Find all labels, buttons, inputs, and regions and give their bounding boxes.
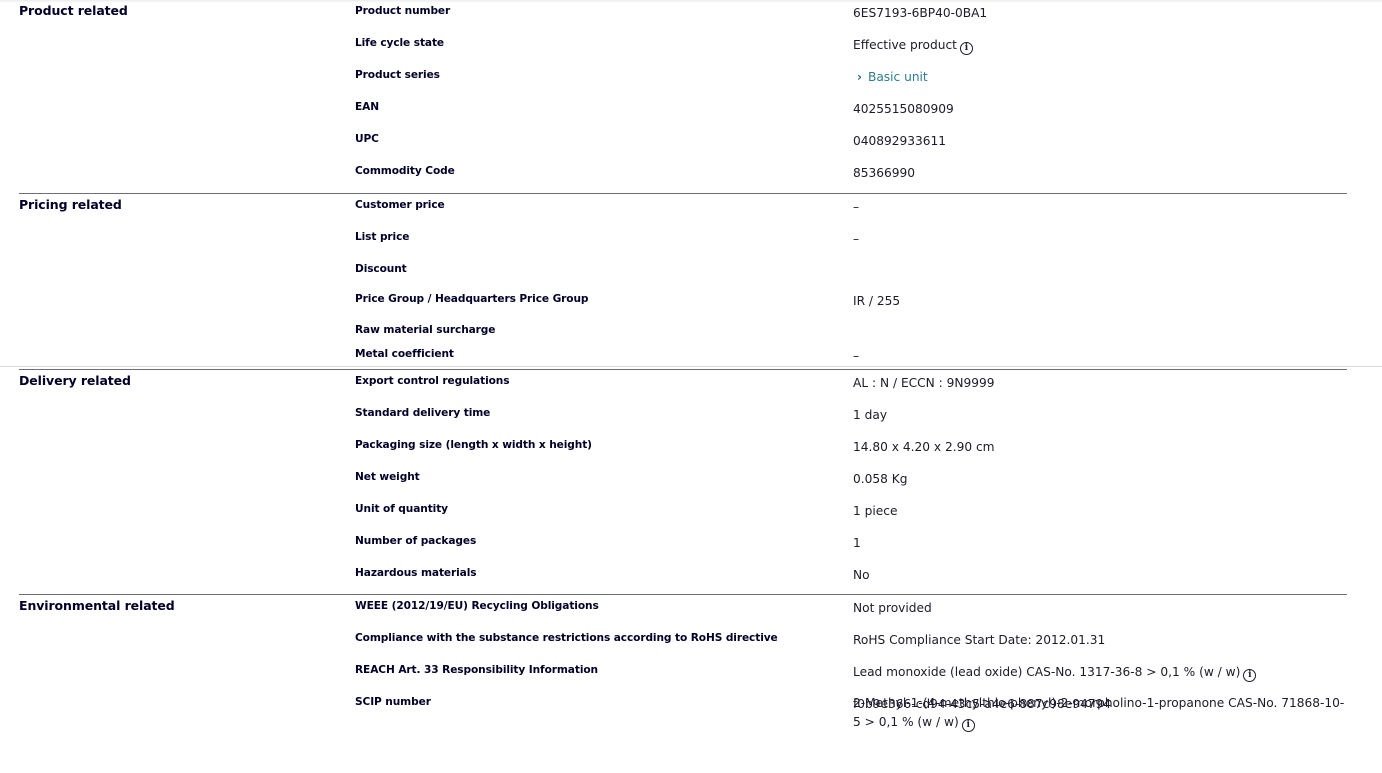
detail-row: Standard delivery time1 day xyxy=(19,402,1347,434)
value-line: Effective producti xyxy=(853,36,1347,55)
row-label: Product series xyxy=(355,64,853,81)
detail-row: WEEE (2012/19/EU) Recycling ObligationsN… xyxy=(19,595,1347,627)
row-value: RoHS Compliance Start Date: 2012.01.31 xyxy=(853,627,1347,650)
product-series-link[interactable]: ›Basic unit xyxy=(853,70,928,84)
link-label: Basic unit xyxy=(868,70,928,84)
value-line: AL : N / ECCN : 9N9999 xyxy=(853,374,1347,393)
value-line: 1 piece xyxy=(853,502,1347,521)
detail-row: Product number6ES7193-6BP40-0BA1 xyxy=(19,0,1347,32)
value-text: 1 xyxy=(853,536,861,550)
value-line: Lead monoxide (lead oxide) CAS-No. 1317-… xyxy=(853,663,1347,682)
value-line: No xyxy=(853,566,1347,585)
row-label: WEEE (2012/19/EU) Recycling Obligations xyxy=(355,595,853,612)
info-icon[interactable]: i xyxy=(962,719,975,732)
row-label: List price xyxy=(355,226,853,243)
value-line: IR / 255 xyxy=(853,292,1347,311)
info-icon[interactable]: i xyxy=(1243,669,1256,682)
value-text: Not provided xyxy=(853,601,932,615)
row-label: SCIP number xyxy=(355,691,853,708)
detail-row: Life cycle stateEffective producti xyxy=(19,32,1347,64)
section-pricing-related: Pricing relatedCustomer price–List price… xyxy=(19,194,1347,370)
value-text: 1 day xyxy=(853,408,887,422)
value-line: RoHS Compliance Start Date: 2012.01.31 xyxy=(853,631,1347,650)
value-line: – xyxy=(853,198,1347,217)
row-value: 1 day xyxy=(853,402,1347,425)
row-value: IR / 255 xyxy=(853,288,1347,311)
value-line: 14.80 x 4.20 x 2.90 cm xyxy=(853,438,1347,457)
row-value: – xyxy=(853,194,1347,217)
detail-row: Customer price– xyxy=(19,194,1347,226)
detail-row: Discount xyxy=(19,258,1347,288)
detail-row: List price– xyxy=(19,226,1347,258)
value-text: f0b9e366-cd94-43c5-a4e6-887c98e94794 xyxy=(853,697,1111,711)
value-line: 4025515080909 xyxy=(853,100,1347,119)
row-value xyxy=(853,319,1347,323)
row-label: Compliance with the substance restrictio… xyxy=(355,627,853,644)
value-text: – xyxy=(853,232,859,246)
row-value: Not provided xyxy=(853,595,1347,618)
info-icon[interactable]: i xyxy=(960,42,973,55)
value-line: – xyxy=(853,230,1347,249)
row-value: 6ES7193-6BP40-0BA1 xyxy=(853,0,1347,23)
value-text: 14.80 x 4.20 x 2.90 cm xyxy=(853,440,995,454)
detail-row: Packaging size (length x width x height)… xyxy=(19,434,1347,466)
row-value: ›Basic unit xyxy=(853,64,1347,87)
row-value: 1 xyxy=(853,530,1347,553)
row-value: 0.058 Kg xyxy=(853,466,1347,489)
detail-row: SCIP numberf0b9e366-cd94-43c5-a4e6-887c9… xyxy=(19,691,1347,773)
row-label: Unit of quantity xyxy=(355,498,853,515)
detail-row: Number of packages1 xyxy=(19,530,1347,562)
value-text: 0.058 Kg xyxy=(853,472,908,486)
value-line: Not provided xyxy=(853,599,1347,618)
value-text: IR / 255 xyxy=(853,294,900,308)
value-text: 85366990 xyxy=(853,166,915,180)
row-label: Packaging size (length x width x height) xyxy=(355,434,853,451)
row-label: Commodity Code xyxy=(355,160,853,177)
value-line: 6ES7193-6BP40-0BA1 xyxy=(853,4,1347,23)
value-text: 1 piece xyxy=(853,504,897,518)
value-text: Effective product xyxy=(853,38,957,52)
detail-row: EAN4025515080909 xyxy=(19,96,1347,128)
detail-row: Unit of quantity1 piece xyxy=(19,498,1347,530)
value-text: 6ES7193-6BP40-0BA1 xyxy=(853,6,987,20)
value-text: – xyxy=(853,200,859,214)
row-label: UPC xyxy=(355,128,853,145)
section-delivery-related: Delivery relatedExport control regulatio… xyxy=(19,370,1347,595)
row-value: No xyxy=(853,562,1347,585)
section-title: Delivery related xyxy=(19,373,131,388)
row-value: – xyxy=(853,343,1347,366)
value-text: 040892933611 xyxy=(853,134,946,148)
row-value: 1 piece xyxy=(853,498,1347,521)
value-text: 4025515080909 xyxy=(853,102,954,116)
detail-row: Compliance with the substance restrictio… xyxy=(19,627,1347,659)
row-label: Export control regulations xyxy=(355,370,853,387)
detail-row: Product series›Basic unit xyxy=(19,64,1347,96)
detail-row: Price Group / Headquarters Price GroupIR… xyxy=(19,288,1347,319)
chevron-right-icon: › xyxy=(857,68,862,87)
row-label: Price Group / Headquarters Price Group xyxy=(355,288,853,305)
row-value xyxy=(853,258,1347,262)
value-text: – xyxy=(853,349,859,363)
value-line: 040892933611 xyxy=(853,132,1347,151)
value-line: – xyxy=(853,347,1347,366)
row-label: Net weight xyxy=(355,466,853,483)
detail-row: Commodity Code85366990 xyxy=(19,160,1347,193)
row-label: Product number xyxy=(355,0,853,17)
row-label: EAN xyxy=(355,96,853,113)
value-text: AL : N / ECCN : 9N9999 xyxy=(853,376,995,390)
row-label: Discount xyxy=(355,258,853,275)
value-line: 1 day xyxy=(853,406,1347,425)
section-product-related: Product relatedProduct number6ES7193-6BP… xyxy=(19,0,1347,194)
detail-row: Export control regulationsAL : N / ECCN … xyxy=(19,370,1347,402)
value-line: f0b9e366-cd94-43c5-a4e6-887c98e94794 xyxy=(853,695,1347,714)
row-value: 4025515080909 xyxy=(853,96,1347,119)
row-value: AL : N / ECCN : 9N9999 xyxy=(853,370,1347,393)
detail-row: Net weight0.058 Kg xyxy=(19,466,1347,498)
row-label: REACH Art. 33 Responsibility Information xyxy=(355,659,853,676)
section-environmental-related: Environmental relatedWEEE (2012/19/EU) R… xyxy=(19,595,1347,773)
value-line: 0.058 Kg xyxy=(853,470,1347,489)
row-value: f0b9e366-cd94-43c5-a4e6-887c98e94794 xyxy=(853,691,1347,714)
row-label: Standard delivery time xyxy=(355,402,853,419)
detail-row: REACH Art. 33 Responsibility Information… xyxy=(19,659,1347,691)
value-text: RoHS Compliance Start Date: 2012.01.31 xyxy=(853,633,1105,647)
row-value: Effective producti xyxy=(853,32,1347,55)
value-text: Lead monoxide (lead oxide) CAS-No. 1317-… xyxy=(853,665,1240,679)
section-title: Environmental related xyxy=(19,598,175,613)
row-label: Number of packages xyxy=(355,530,853,547)
product-details-table: Product relatedProduct number6ES7193-6BP… xyxy=(19,0,1347,773)
row-value: 040892933611 xyxy=(853,128,1347,151)
value-text: No xyxy=(853,568,870,582)
row-label: Life cycle state xyxy=(355,32,853,49)
value-line: 1 xyxy=(853,534,1347,553)
row-value: 85366990 xyxy=(853,160,1347,183)
row-value: – xyxy=(853,226,1347,249)
detail-row: UPC040892933611 xyxy=(19,128,1347,160)
detail-row: Hazardous materialsNo xyxy=(19,562,1347,594)
row-value: 14.80 x 4.20 x 2.90 cm xyxy=(853,434,1347,457)
section-title: Product related xyxy=(19,3,128,18)
detail-row: Metal coefficient– xyxy=(19,343,1347,367)
detail-row: Raw material surcharge xyxy=(19,319,1347,343)
row-label: Raw material surcharge xyxy=(355,319,853,336)
section-title: Pricing related xyxy=(19,197,122,212)
row-label: Hazardous materials xyxy=(355,562,853,579)
row-label: Customer price xyxy=(355,194,853,211)
value-line: ›Basic unit xyxy=(853,68,1347,87)
row-label: Metal coefficient xyxy=(355,343,853,360)
value-line: 85366990 xyxy=(853,164,1347,183)
